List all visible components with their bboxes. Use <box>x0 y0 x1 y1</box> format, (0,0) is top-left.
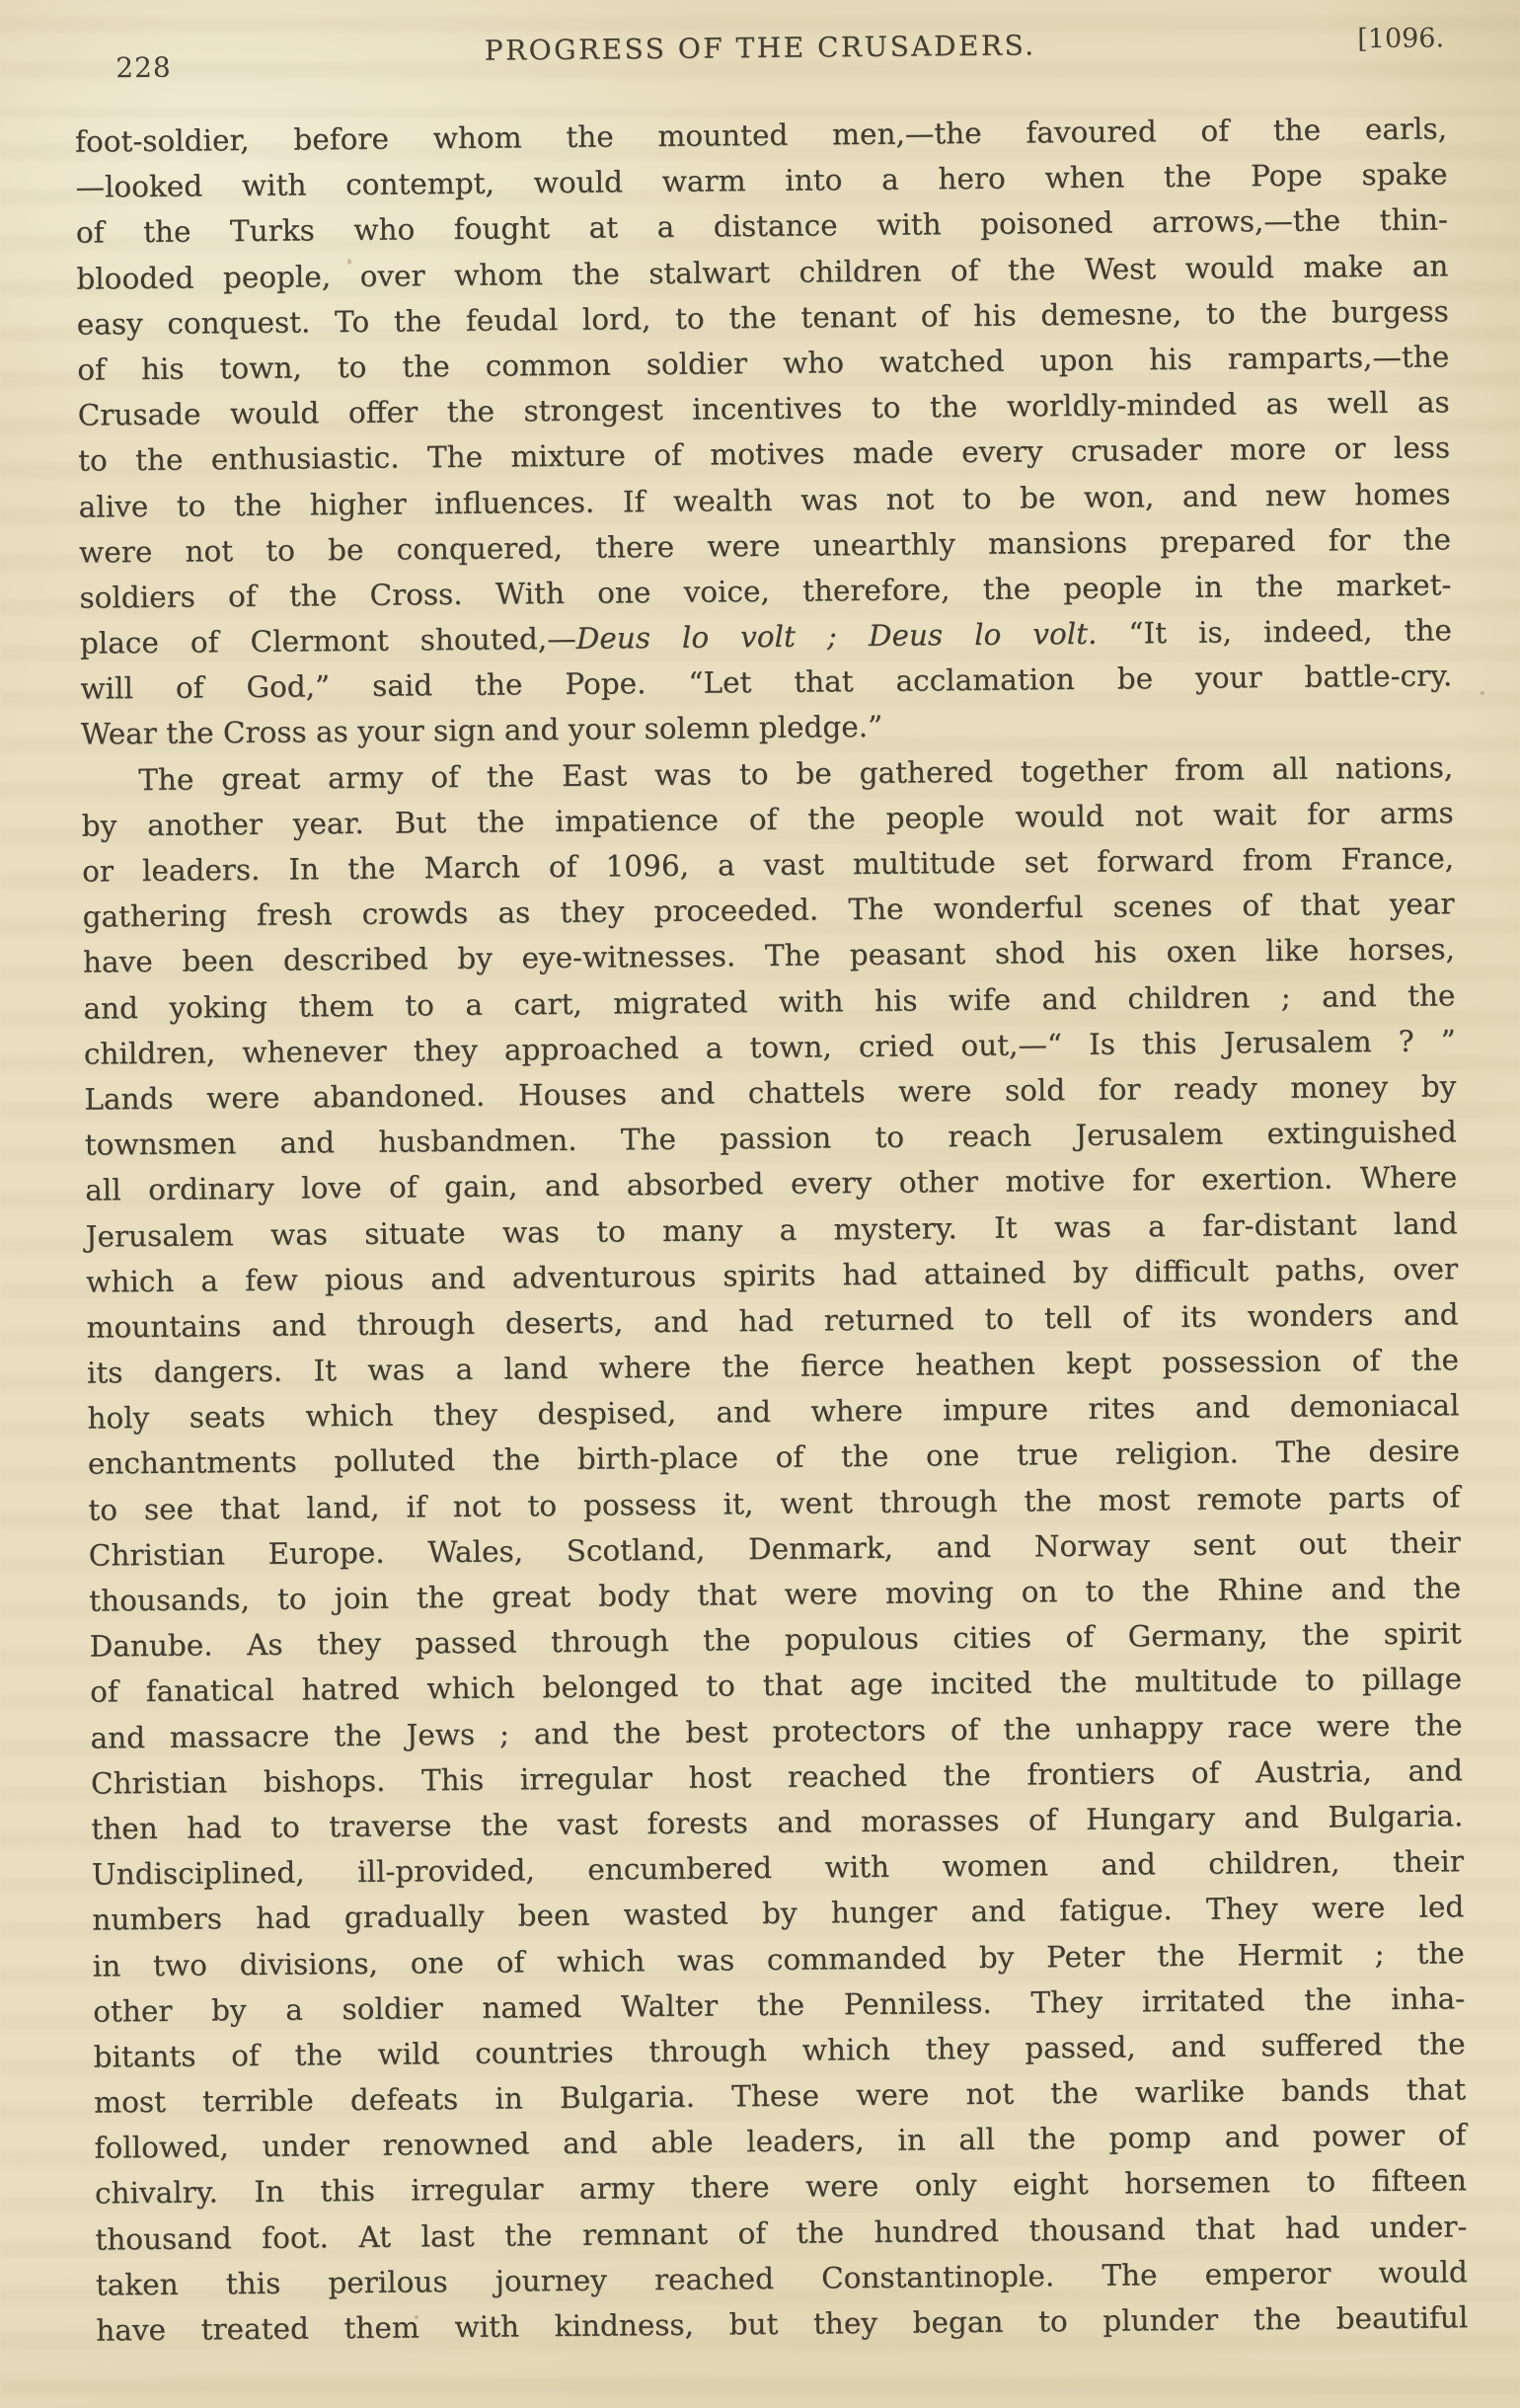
page-body: foot-soldier, before whom the mounted me… <box>75 106 1469 2353</box>
page-content: 228 PROGRESS OF THE CRUSADERS. [1096. fo… <box>74 23 1468 2353</box>
paragraph: foot-soldier, before whom the mounted me… <box>75 106 1453 757</box>
running-title: PROGRESS OF THE CRUSADERS. <box>74 25 1446 70</box>
date-marker: [1096. <box>1357 23 1444 54</box>
book-page: 228 PROGRESS OF THE CRUSADERS. [1096. fo… <box>0 0 1520 2408</box>
paper-speck <box>1481 691 1484 695</box>
paragraph: The great army of the East was to be gat… <box>81 744 1468 2354</box>
page-header: 228 PROGRESS OF THE CRUSADERS. [1096. <box>74 23 1446 91</box>
